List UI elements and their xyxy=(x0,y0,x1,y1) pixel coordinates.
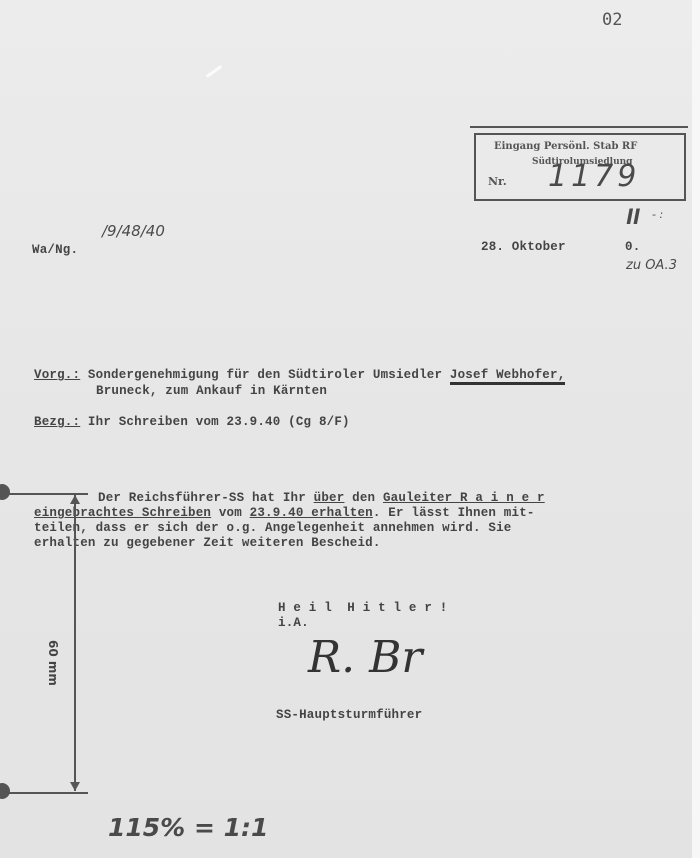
body-line-3: teilen, dass er sich der o.g. Angelegenh… xyxy=(34,521,511,535)
paper-mark xyxy=(206,65,222,78)
measure-bottom-rule xyxy=(8,792,88,794)
stamp-top-rule xyxy=(470,126,688,128)
date-year-suffix: 0. xyxy=(625,240,640,254)
margin-measure-label: 60 mm xyxy=(46,640,60,686)
closing-on-behalf: i.A. xyxy=(278,616,309,630)
file-number: /9/48/40 xyxy=(102,222,165,240)
body-underline: Gauleiter R a i n e r xyxy=(383,491,545,505)
document-page: 02 Eingang Persönl. Stab RF Südtirolumsi… xyxy=(0,0,692,858)
stamp-number: 1179 xyxy=(548,159,640,194)
body-underline: über xyxy=(314,491,345,505)
closing-salutation: H e i l H i t l e r ! xyxy=(278,601,447,615)
page-edge xyxy=(692,0,700,858)
receipt-stamp: Eingang Persönl. Stab RF Südtirolumsiedl… xyxy=(474,133,686,201)
body-text: . Er lässt Ihnen mit- xyxy=(373,506,535,520)
handwritten-note: zu OA.3 xyxy=(626,258,677,273)
page-number: 02 xyxy=(602,10,622,30)
punch-hole-bottom xyxy=(0,783,10,799)
reference-letter-label: Bezg.: xyxy=(34,415,80,429)
initials-mark: ll xyxy=(626,205,640,229)
stamp-number-label: Nr. xyxy=(488,175,507,188)
reference-letter-text: Ihr Schreiben vom 23.9.40 (Cg 8/F) xyxy=(88,415,350,429)
body-underline: eingebrachtes Schreiben xyxy=(34,506,211,520)
subject-label: Vorg.: xyxy=(34,368,80,382)
signature: R. Br xyxy=(308,632,422,683)
measure-line xyxy=(74,495,76,791)
measure-arrow-up-icon xyxy=(70,495,80,504)
body-text: Der Reichsführer-SS hat Ihr xyxy=(98,491,314,505)
body-underline: 23.9.40 erhalten xyxy=(250,506,373,520)
stamp-line-1: Eingang Persönl. Stab RF xyxy=(494,141,637,152)
punch-hole-top xyxy=(0,484,10,500)
reference-initials: Wa/Ng. xyxy=(32,243,78,257)
reference-letter-line: Bezg.: Ihr Schreiben vom 23.9.40 (Cg 8/F… xyxy=(34,415,350,429)
initials-suffix: - : xyxy=(652,208,663,221)
body-line-4: erhalten zu gegebener Zeit weiteren Besc… xyxy=(34,536,381,550)
body-line-1: Der Reichsführer-SS hat Ihr über den Gau… xyxy=(98,491,545,505)
subject-line-2: Bruneck, zum Ankauf in Kärnten xyxy=(96,384,327,398)
body-text: vom xyxy=(211,506,250,520)
letter-date: 28. Oktober xyxy=(481,240,566,254)
body-text: den xyxy=(344,491,383,505)
measure-arrow-down-icon xyxy=(70,782,80,791)
scale-note: 115% = 1:1 xyxy=(108,813,268,842)
subject-text: Sondergenehmigung für den Südtiroler Ums… xyxy=(88,368,450,382)
subject-line-1: Vorg.: Sondergenehmigung für den Südtiro… xyxy=(34,368,565,382)
body-line-2: eingebrachtes Schreiben vom 23.9.40 erha… xyxy=(34,506,535,520)
closing-rank: SS-Hauptsturmführer xyxy=(276,708,422,722)
subject-person-name: Josef Webhofer, xyxy=(450,368,566,385)
